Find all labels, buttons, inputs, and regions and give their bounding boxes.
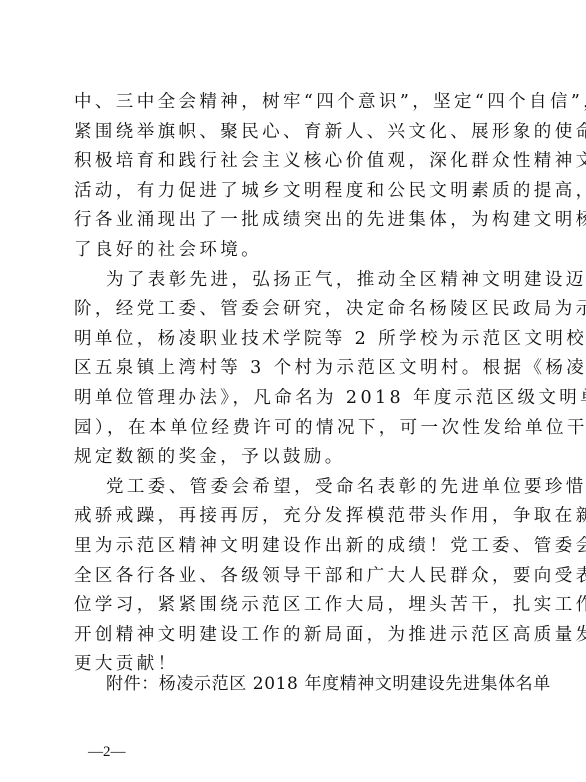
attachment-note: 附件：杨凌示范区 2018 年度精神文明建设先进集体名单 xyxy=(106,670,551,698)
page-number: —2— xyxy=(88,742,126,762)
document-page: 中、三中全会精神，树牢“四个意识”，坚定“四个自信”，紧 紧围绕举旗帜、聚民心、… xyxy=(0,0,586,782)
text-line: 党工委、管委会希望，受命名表彰的先进单位要珍惜荣誉， xyxy=(74,473,520,503)
text-line: 阶，经党工委、管委会研究，决定命名杨陵区民政局为示范区文 xyxy=(74,295,520,325)
text-line: 中、三中全会精神，树牢“四个意识”，坚定“四个自信”，紧 xyxy=(74,88,520,118)
text-line: 戒骄戒躁，再接再厉，充分发挥模范带头作用，争取在新的一年 xyxy=(74,502,520,532)
text-line: 为了表彰先进，弘扬正气，推动全区精神文明建设迈上新台 xyxy=(74,266,520,296)
text-line: 了良好的社会环境。 xyxy=(74,236,520,266)
text-line: 行各业涌现出了一批成绩突出的先进集体，为构建文明杨凌营造 xyxy=(74,206,520,236)
text-line: 积极培育和践行社会主义核心价值观，深化群众性精神文明创建 xyxy=(74,147,520,177)
text-line: 规定数额的奖金，予以鼓励。 xyxy=(74,443,520,473)
text-line: 明单位，杨凌职业技术学院等 2 所学校为示范区文明校园，杨陵 xyxy=(74,325,520,355)
text-line: 园），在本单位经费许可的情况下，可一次性发给单位干部职工 xyxy=(74,414,520,444)
text-line: 位学习，紧紧围绕示范区工作大局，埋头苦干，扎实工作，不断 xyxy=(74,591,520,621)
text-line: 区五泉镇上湾村等 3 个村为示范区文明村。根据《杨凌示范区文 xyxy=(74,354,520,384)
text-line: 明单位管理办法》，凡命名为 2018 年度示范区级文明单位（校 xyxy=(74,384,520,414)
text-line: 全区各行各业、各级领导干部和广大人民群众，要向受表彰的单 xyxy=(74,562,520,592)
paragraph: 中、三中全会精神，树牢“四个意识”，坚定“四个自信”，紧 紧围绕举旗帜、聚民心、… xyxy=(74,88,520,266)
paragraph: 为了表彰先进，弘扬正气，推动全区精神文明建设迈上新台 阶，经党工委、管委会研究，… xyxy=(74,266,520,473)
text-line: 开创精神文明建设工作的新局面，为推进示范区高质量发展作出 xyxy=(74,621,520,651)
paragraph: 党工委、管委会希望，受命名表彰的先进单位要珍惜荣誉， 戒骄戒躁，再接再厉，充分发… xyxy=(74,473,520,680)
text-line: 里为示范区精神文明建设作出新的成绩！党工委、管委会号召， xyxy=(74,532,520,562)
text-line: 活动，有力促进了城乡文明程度和公民文明素质的提高，全区各 xyxy=(74,177,520,207)
text-line: 紧围绕举旗帜、聚民心、育新人、兴文化、展形象的使命任务， xyxy=(74,118,520,148)
document-body: 中、三中全会精神，树牢“四个意识”，坚定“四个自信”，紧 紧围绕举旗帜、聚民心、… xyxy=(74,88,520,680)
